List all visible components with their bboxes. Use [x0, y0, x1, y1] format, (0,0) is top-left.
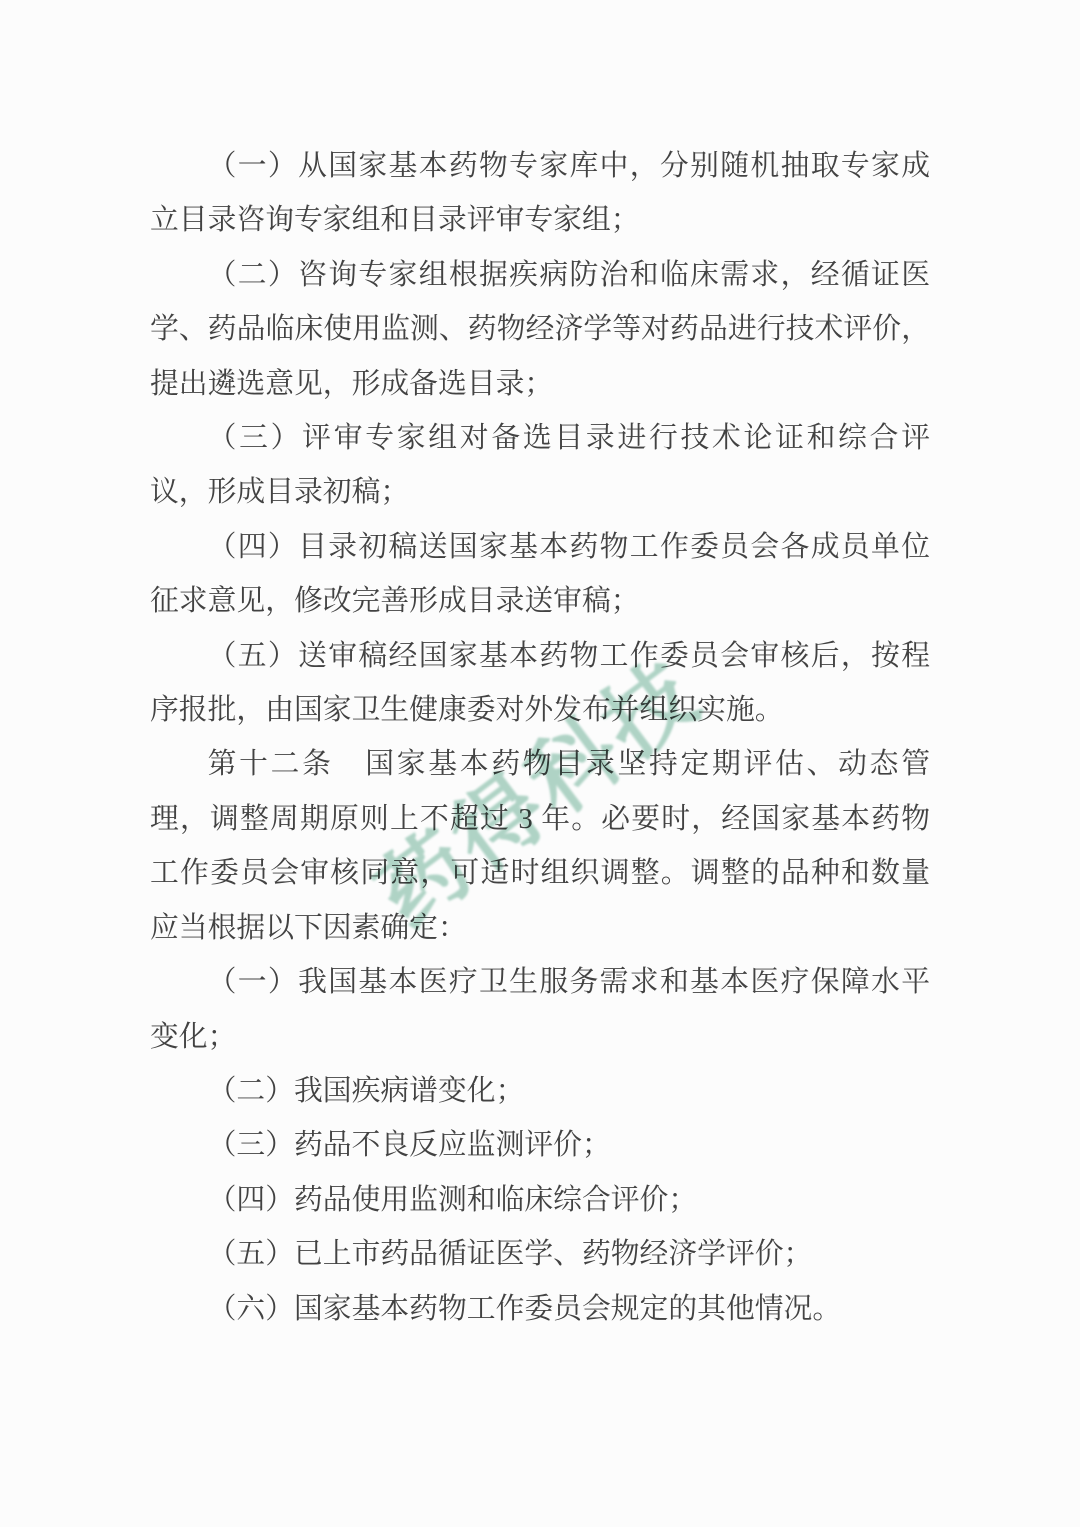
text-line: （三）药品不良反应监测评价；	[150, 1118, 930, 1172]
text-line: （一）我国基本医疗卫生服务需求和基本医疗保障水平	[150, 955, 930, 1009]
text-line: 征求意见，修改完善形成目录送审稿；	[150, 574, 930, 628]
text-line: 序报批，由国家卫生健康委对外发布并组织实施。	[150, 683, 930, 737]
text-line: （四）目录初稿送国家基本药物工作委员会各成员单位	[150, 520, 930, 574]
text-line: （五）已上市药品循证医学、药物经济学评价；	[150, 1227, 930, 1281]
paragraph-item-2: （二）咨询专家组根据疾病防治和临床需求，经循证医 学、药品临床使用监测、药物经济…	[150, 248, 930, 411]
paragraph-item-4: （四）目录初稿送国家基本药物工作委员会各成员单位 征求意见，修改完善形成目录送审…	[150, 520, 930, 629]
document-body: （一）从国家基本药物专家库中，分别随机抽取专家成 立目录咨询专家组和目录评审专家…	[150, 139, 930, 1336]
text-line: （四）药品使用监测和临床综合评价；	[150, 1173, 930, 1227]
text-line: 应当根据以下因素确定：	[150, 901, 930, 955]
text-line: 工作委员会审核同意，可适时组织调整。调整的品种和数量	[150, 846, 930, 900]
text-line: 理，调整周期原则上不超过 3 年。必要时，经国家基本药物	[150, 792, 930, 846]
paragraph-factor-1: （一）我国基本医疗卫生服务需求和基本医疗保障水平 变化；	[150, 955, 930, 1064]
paragraph-factor-2: （二）我国疾病谱变化；	[150, 1064, 930, 1118]
text-line: （五）送审稿经国家基本药物工作委员会审核后，按程	[150, 629, 930, 683]
text-line: （二）咨询专家组根据疾病防治和临床需求，经循证医	[150, 248, 930, 302]
paragraph-item-1: （一）从国家基本药物专家库中，分别随机抽取专家成 立目录咨询专家组和目录评审专家…	[150, 139, 930, 248]
paragraph-item-5: （五）送审稿经国家基本药物工作委员会审核后，按程 序报批，由国家卫生健康委对外发…	[150, 629, 930, 738]
text-line: 提出遴选意见，形成备选目录；	[150, 357, 930, 411]
paragraph-factor-4: （四）药品使用监测和临床综合评价；	[150, 1173, 930, 1227]
paragraph-factor-6: （六）国家基本药物工作委员会规定的其他情况。	[150, 1282, 930, 1336]
text-line: 第十二条 国家基本药物目录坚持定期评估、动态管	[150, 737, 930, 791]
paragraph-article-12: 第十二条 国家基本药物目录坚持定期评估、动态管 理，调整周期原则上不超过 3 年…	[150, 737, 930, 955]
document-page: （一）从国家基本药物专家库中，分别随机抽取专家成 立目录咨询专家组和目录评审专家…	[0, 0, 1080, 1527]
text-line: （三）评审专家组对备选目录进行技术论证和综合评	[150, 411, 930, 465]
paragraph-item-3: （三）评审专家组对备选目录进行技术论证和综合评 议，形成目录初稿；	[150, 411, 930, 520]
text-line: 立目录咨询专家组和目录评审专家组；	[150, 193, 930, 247]
text-line: 学、药品临床使用监测、药物经济学等对药品进行技术评价，	[150, 302, 930, 356]
text-line: （一）从国家基本药物专家库中，分别随机抽取专家成	[150, 139, 930, 193]
text-line: （二）我国疾病谱变化；	[150, 1064, 930, 1118]
paragraph-factor-5: （五）已上市药品循证医学、药物经济学评价；	[150, 1227, 930, 1281]
text-line: 变化；	[150, 1010, 930, 1064]
paragraph-factor-3: （三）药品不良反应监测评价；	[150, 1118, 930, 1172]
text-line: 议，形成目录初稿；	[150, 465, 930, 519]
text-line: （六）国家基本药物工作委员会规定的其他情况。	[150, 1282, 930, 1336]
